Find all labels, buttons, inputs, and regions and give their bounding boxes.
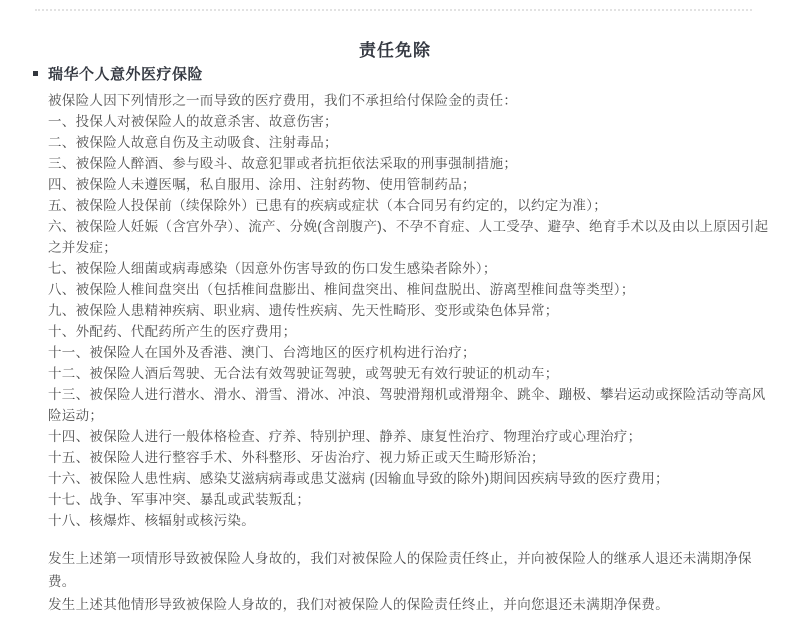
termination-note-line: 发生上述第一项情形导致被保险人身故的，我们对被保险人的保险责任终止，并向被保险人… (48, 547, 776, 593)
exclusion-item: 十、外配药、代配药所产生的医疗费用； (48, 321, 776, 342)
exclusion-item: 四、被保险人未遵医嘱，私自服用、涂用、注射药物、使用管制药品； (48, 174, 776, 195)
termination-notes: 发生上述第一项情形导致被保险人身故的，我们对被保险人的保险责任终止，并向被保险人… (48, 547, 776, 616)
exclusion-item: 十六、被保险人患性病、感染艾滋病病毒或患艾滋病 (因输血导致的除外)期间因疾病导… (48, 468, 776, 489)
exclusion-item: 一、投保人对被保险人的故意杀害、故意伤害； (48, 111, 776, 132)
exclusion-item: 二、被保险人故意自伤及主动吸食、注射毒品； (48, 132, 776, 153)
exclusion-item: 十八、核爆炸、核辐射或核污染。 (48, 510, 776, 531)
exclusion-item: 三、被保险人醉酒、参与殴斗、故意犯罪或者抗拒依法采取的刑事强制措施； (48, 153, 776, 174)
exclusion-item: 八、被保险人椎间盘突出（包括椎间盘膨出、椎间盘突出、椎间盘脱出、游离型椎间盘等类… (48, 279, 776, 300)
top-dotted-divider (35, 9, 752, 11)
intro-text: 被保险人因下列情形之一而导致的医疗费用，我们不承担给付保险金的责任： (48, 90, 776, 111)
exclusion-content: 被保险人因下列情形之一而导致的医疗费用，我们不承担给付保险金的责任： 一、投保人… (48, 90, 776, 531)
exclusion-item: 十五、被保险人进行整容手术、外科整形、牙齿治疗、视力矫正或天生畸形矫治； (48, 447, 776, 468)
exclusion-list: 一、投保人对被保险人的故意杀害、故意伤害；二、被保险人故意自伤及主动吸食、注射毒… (48, 111, 776, 531)
liability-exemption-page: 责任免除 瑞华个人意外医疗保险 被保险人因下列情形之一而导致的医疗费用，我们不承… (0, 0, 790, 635)
page-title: 责任免除 (0, 36, 790, 61)
exclusion-item: 十一、被保险人在国外及香港、澳门、台湾地区的医疗机构进行治疗； (48, 342, 776, 363)
exclusion-item: 五、被保险人投保前（续保除外）已患有的疾病或症状（本合同另有约定的，以约定为准）… (48, 195, 776, 216)
termination-note-line: 发生上述其他情形导致被保险人身故的，我们对被保险人的保险责任终止，并向您退还未满… (48, 593, 776, 616)
exclusion-item: 十四、被保险人进行一般体格检查、疗养、特别护理、静养、康复性治疗、物理治疗或心理… (48, 426, 776, 447)
square-bullet-icon (33, 71, 38, 76)
exclusion-item: 七、被保险人细菌或病毒感染（因意外伤害导致的伤口发生感染者除外）； (48, 258, 776, 279)
exclusion-item: 九、被保险人患精神疾病、职业病、遗传性疾病、先天性畸形、变形或染色体异常； (48, 300, 776, 321)
exclusion-item: 十三、被保险人进行潜水、滑水、滑雪、滑冰、冲浪、驾驶滑翔机或滑翔伞、跳伞、蹦极、… (48, 384, 776, 426)
exclusion-item: 十二、被保险人酒后驾驶、无合法有效驾驶证驾驶，或驾驶无有效行驶证的机动车； (48, 363, 776, 384)
exclusion-item: 十七、战争、军事冲突、暴乱或武装叛乱； (48, 489, 776, 510)
exclusion-item: 六、被保险人妊娠（含宫外孕）、流产、分娩(含剖腹产)、不孕不育症、人工受孕、避孕… (48, 216, 776, 258)
product-name: 瑞华个人意外医疗保险 (48, 63, 203, 84)
product-section-heading: 瑞华个人意外医疗保险 (33, 63, 203, 84)
